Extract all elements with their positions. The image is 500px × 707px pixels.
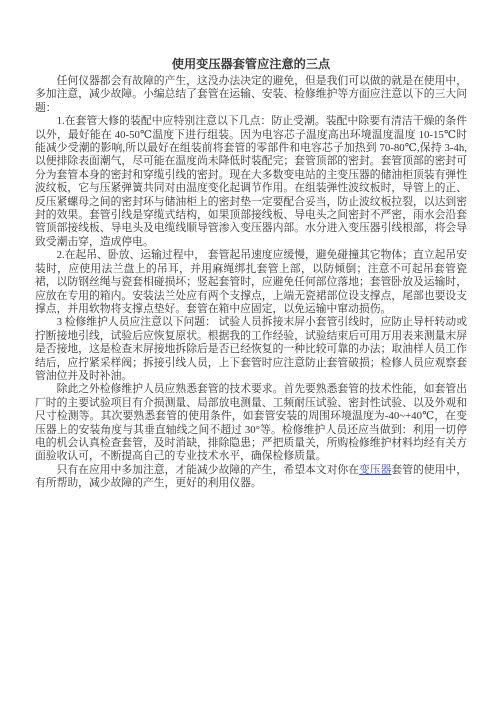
closing-text-before-link: 只有在应用中多加注意，才能减少故障的产生，希望本文对你在 bbox=[57, 464, 359, 476]
document-page: 使用变压器套管应注意的三点 任何仪器都会有故障的产生，这没办法决定的避免，但是我… bbox=[0, 0, 500, 707]
paragraph-intro: 任何仪器都会有故障的产生，这没办法决定的避免，但是我们可以做的就是在使用中，多加… bbox=[35, 75, 467, 115]
paragraph-point-2-transport: 2.在起吊、卧放、运输过程中， 套管起吊速度应缓慢，避免碰撞其它物体；直立起吊安… bbox=[35, 249, 467, 316]
transformer-link[interactable]: 变压器 bbox=[359, 464, 391, 476]
paragraph-point-3-maintenance: 3 检修维护人员应注意以下问题： 试验人员拆接末屏小套管引线时，应防止导杆转动或… bbox=[35, 316, 467, 383]
paragraph-closing: 只有在应用中多加注意，才能减少故障的产生，希望本文对你在变压器套管的使用中，有所… bbox=[35, 464, 467, 491]
paragraph-tech-requirements: 除此之外检修维护人员应熟悉套管的技术要求。首先要熟悉套管的技术性能，如套管出厂时… bbox=[35, 383, 467, 463]
document-title: 使用变压器套管应注意的三点 bbox=[35, 56, 467, 72]
paragraph-point-1-assembly: 1.在套管大修的装配中应特别注意以下几点：防止受潮。装配中除要有清洁干燥的条件以… bbox=[35, 115, 467, 249]
